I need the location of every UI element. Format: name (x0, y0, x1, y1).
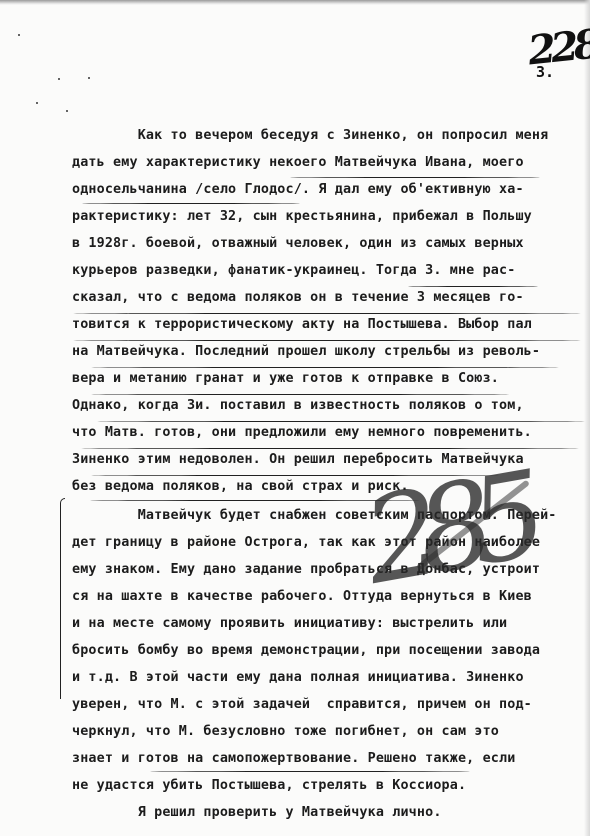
text-line: вера и метанию гранат и уже готов к отпр… (72, 370, 499, 388)
document-page: 228 3. Как то вечером беседуя с Зиненко,… (0, 0, 590, 836)
text-line: и т.д. В этой части ему дана полная иниц… (72, 669, 524, 687)
text-line: бросить бомбу во время демонстрации, при… (72, 642, 540, 660)
typed-page-number: 3. (536, 63, 554, 81)
handwritten-underline (72, 340, 582, 341)
paper-speck (18, 34, 20, 36)
handwritten-underline (96, 421, 586, 422)
handwritten-underline (90, 367, 560, 368)
text-line: Как то вечером беседуя с Зиненко, он поп… (72, 127, 548, 145)
paper-speck (88, 77, 90, 79)
text-line: дать ему характеристику некоего Матвейчу… (72, 154, 524, 172)
page-top-edge (0, 0, 590, 5)
paper-speck (36, 102, 38, 104)
text-line: рактеристику: лет 32, сын крестьянина, п… (72, 208, 532, 226)
text-line: в 1928г. боевой, отважный человек, один … (72, 235, 524, 253)
text-line: знает и готов на самопожертвование. Реше… (72, 750, 515, 768)
text-line: курьеров разведки, фанатик-украинец. Тог… (72, 262, 515, 280)
handwritten-underline (82, 203, 300, 204)
text-line: и на месте самому проявить инициативу: в… (72, 615, 507, 633)
text-line: Я решил проверить у Матвейчука лично. (72, 804, 442, 822)
handwritten-underline (90, 394, 510, 395)
text-line: сказал, что с ведома поляков он в течени… (72, 289, 524, 307)
text-line: на Матвейчука. Последний прошел школу ст… (72, 343, 540, 361)
paper-speck (66, 110, 68, 112)
text-line: уверен, что М. с этой задачей справится,… (72, 696, 532, 714)
text-line: товится к террористическому акту на Пост… (72, 316, 532, 334)
handwritten-underline (408, 286, 538, 287)
text-line: что Матв. готов, они предложили ему немн… (72, 424, 532, 442)
handwritten-underline (72, 313, 582, 314)
handwritten-underline (290, 177, 540, 178)
text-line: односельчанина /село Глодос/. Я дал ему … (72, 181, 524, 199)
paper-speck (58, 78, 60, 80)
text-line: не удастся убить Постышева, стрелять в К… (72, 777, 466, 795)
handwritten-archive-number: 285 (356, 457, 533, 601)
page-right-edge (584, 0, 590, 836)
text-line: Однако, когда Зи. поставил в известность… (72, 397, 524, 415)
text-line: черкнул, что М. безусловно тоже погибнет… (72, 723, 499, 741)
handwritten-underline (150, 771, 470, 772)
handwritten-margin-bracket (60, 498, 65, 699)
